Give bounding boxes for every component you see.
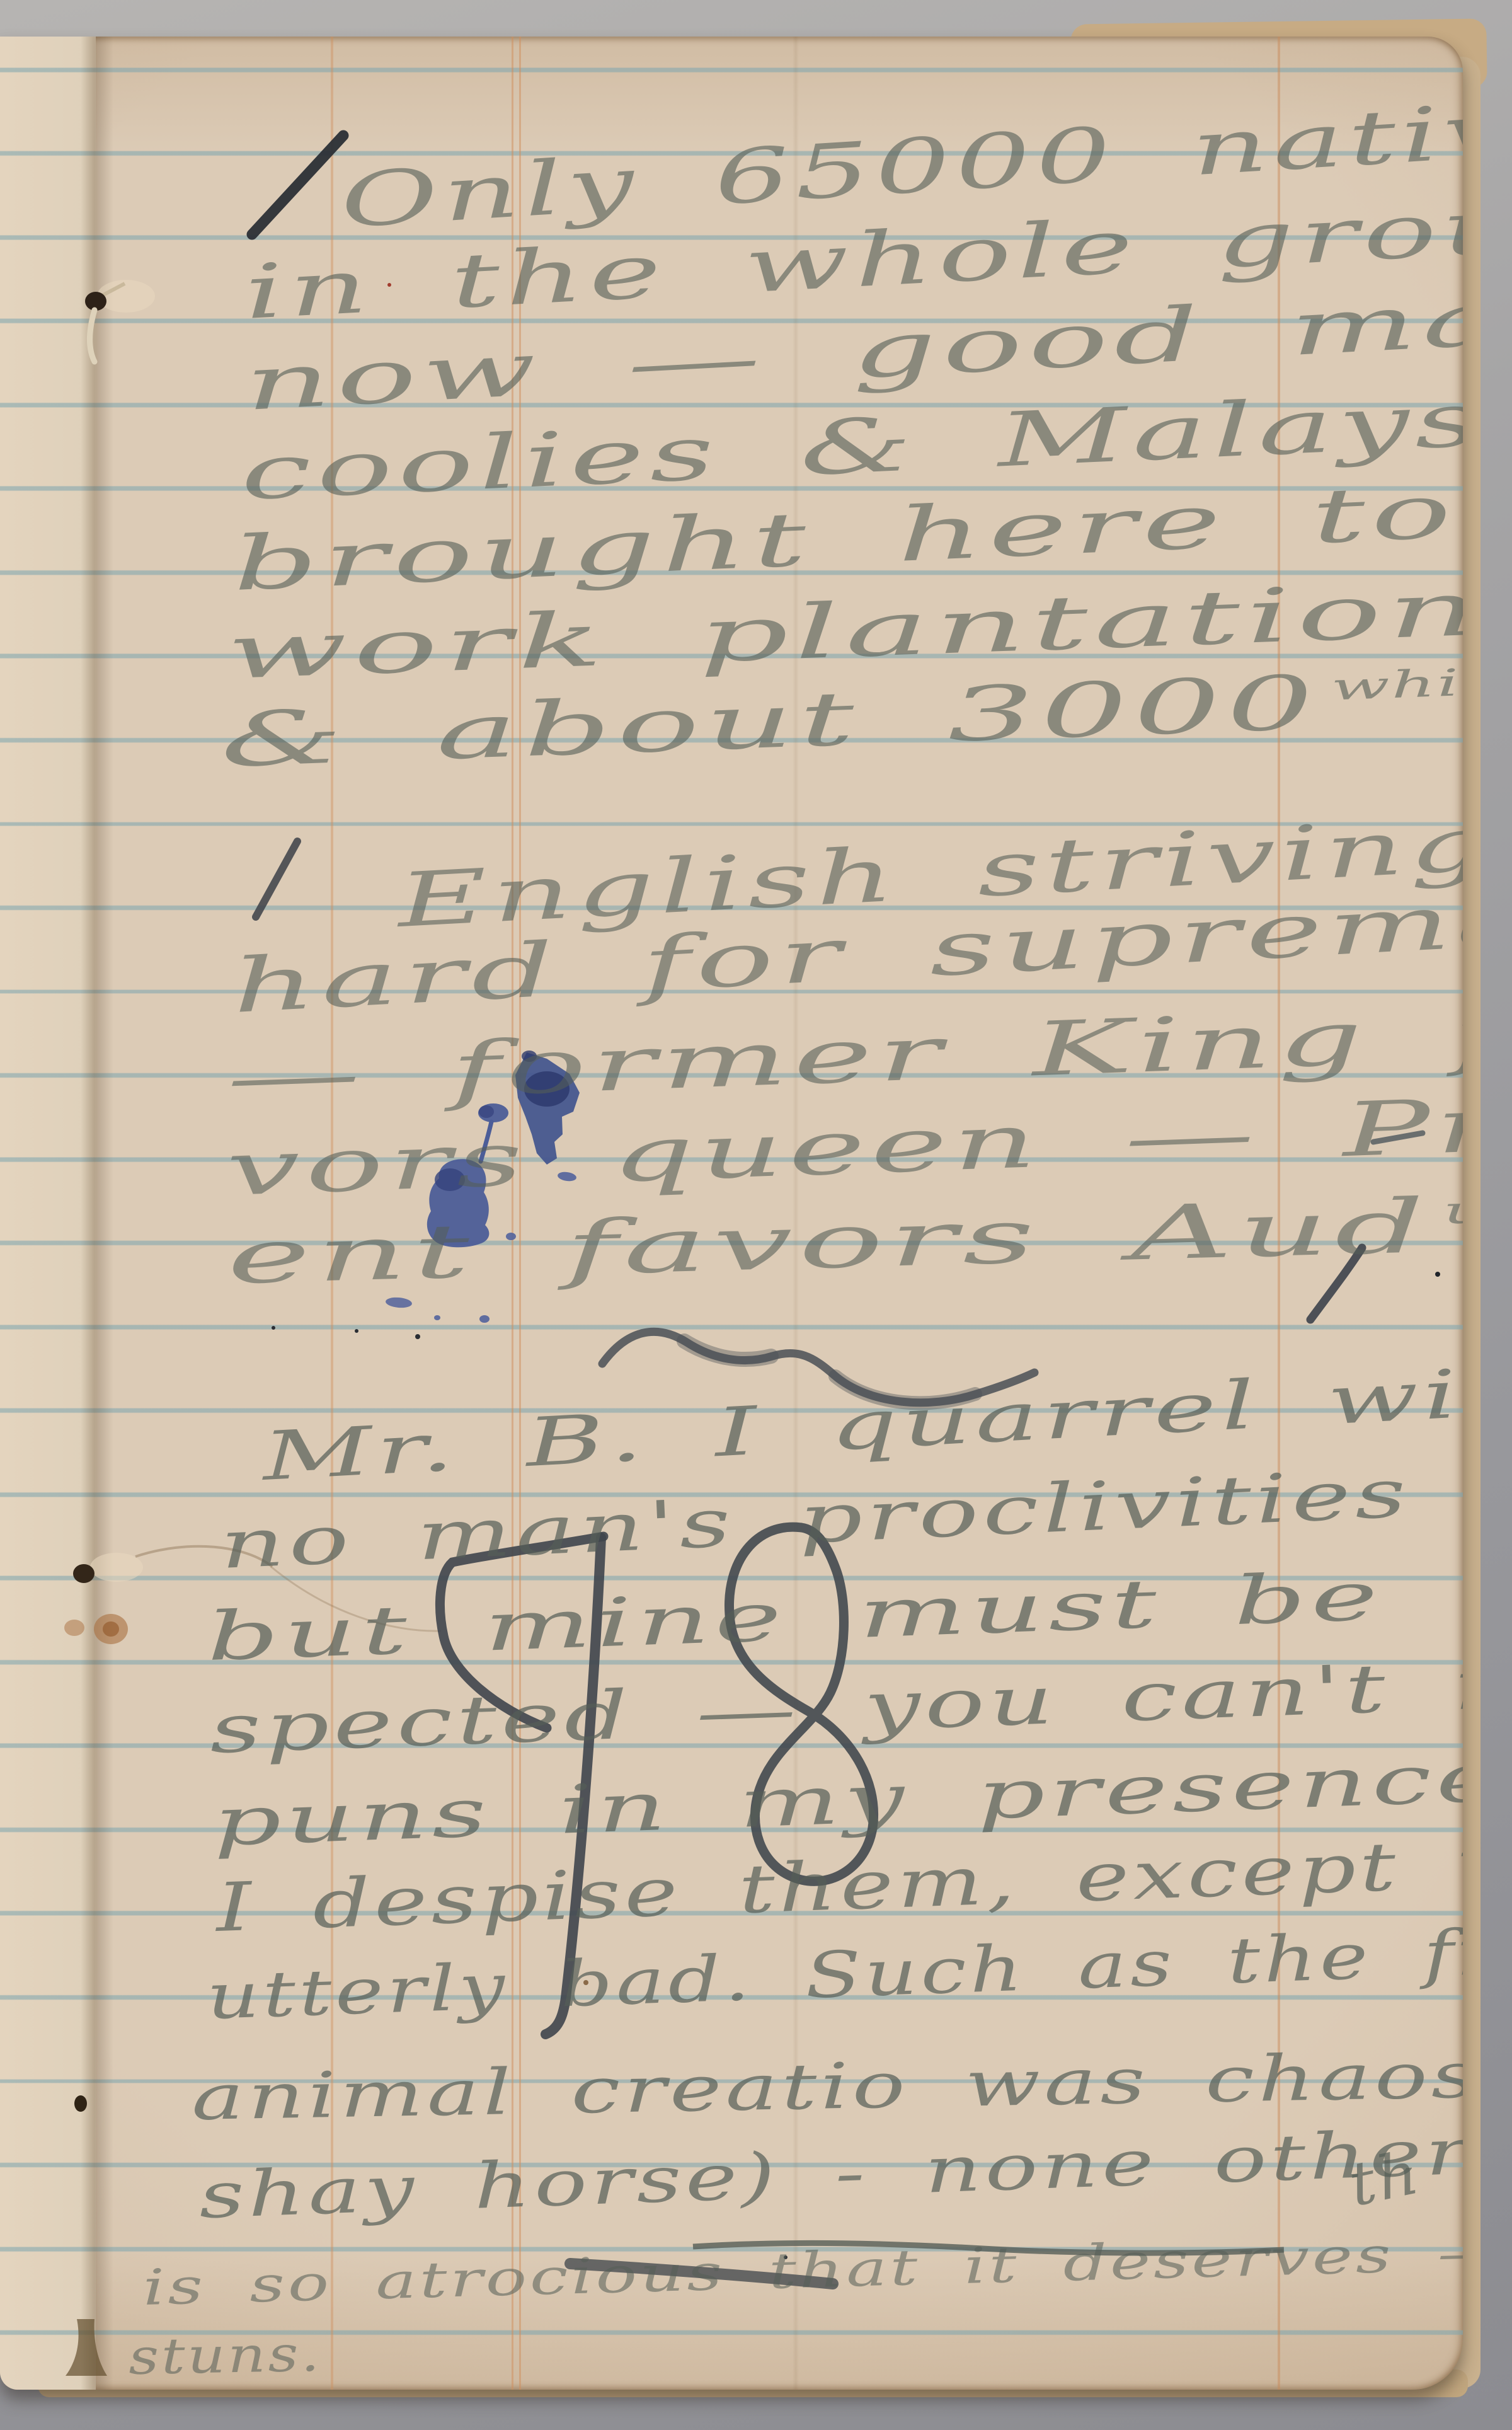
- notebook-page: 78: [0, 37, 1463, 2390]
- superscript: us: [1442, 1187, 1463, 1232]
- stitch-hole-top: [85, 280, 155, 362]
- rust-stains: [64, 1614, 128, 1644]
- line-text: th: [1343, 2138, 1427, 2220]
- crease-shadow-bottom: [66, 2319, 107, 2376]
- superscript: whites,: [1330, 656, 1463, 708]
- right-margin-mark: th: [1343, 2138, 1427, 2220]
- line-text: stuns.: [128, 2326, 322, 2386]
- stitch-hole-bottom: [74, 2095, 87, 2112]
- handwriting-line: stuns.: [128, 2326, 322, 2386]
- paragraph-mark-2: [256, 841, 297, 917]
- paragraph-mark-1: [252, 135, 343, 234]
- notebook-scan: 78: [0, 0, 1512, 2430]
